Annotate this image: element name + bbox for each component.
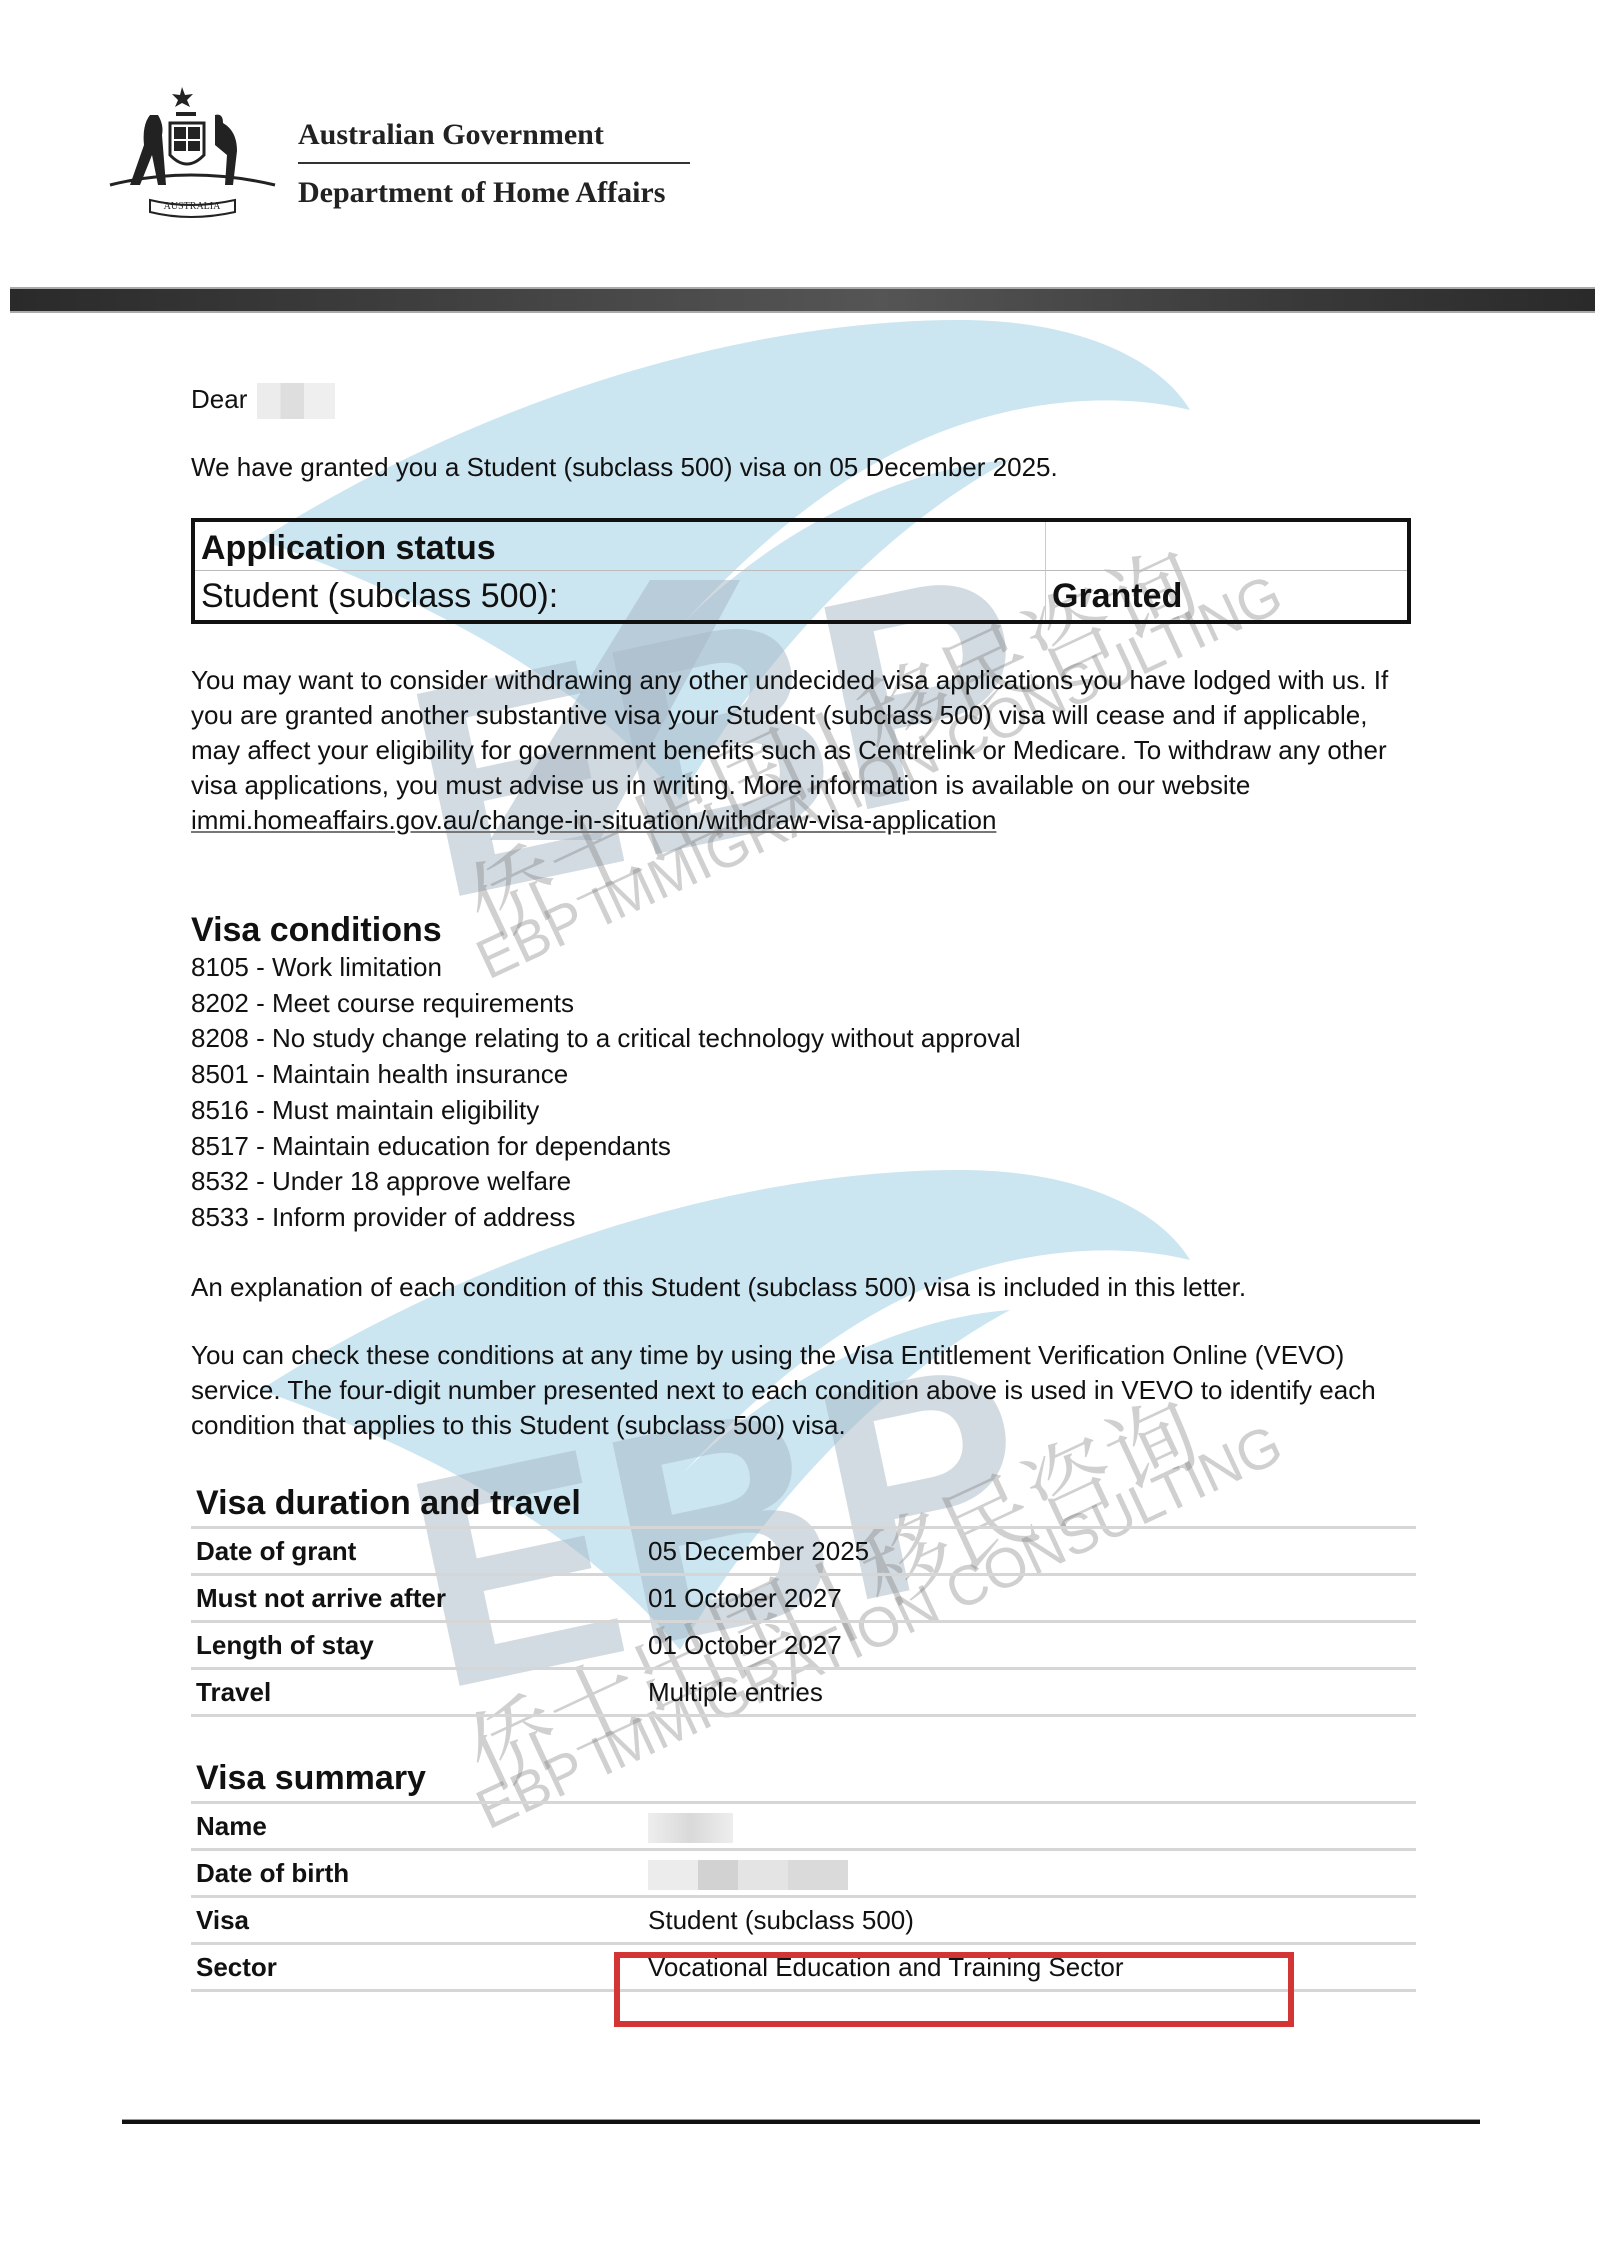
condition-item: 8501 - Maintain health insurance (191, 1057, 1021, 1093)
condition-item: 8516 - Must maintain eligibility (191, 1093, 1021, 1129)
application-status-heading: Application status (201, 526, 496, 570)
greeting-text: Dear (191, 384, 247, 414)
visa-duration-table: Date of grant05 December 2025 Must not a… (191, 1526, 1416, 1717)
table-row: Date of grant05 December 2025 (191, 1528, 1416, 1575)
redacted-recipient-name (257, 383, 335, 419)
footer-divider (122, 2119, 1480, 2124)
grant-sentence: We have granted you a Student (subclass … (191, 450, 1058, 485)
vevo-paragraph: You can check these conditions at any ti… (191, 1338, 1416, 1443)
condition-item: 8533 - Inform provider of address (191, 1200, 1021, 1236)
visa-conditions-section: Visa conditions 8105 - Work limitation 8… (191, 910, 1021, 1236)
condition-item: 8532 - Under 18 approve welfare (191, 1164, 1021, 1200)
table-row: Date of birth (191, 1850, 1416, 1897)
visa-duration-section: Visa duration and travel Date of grant05… (191, 1478, 1416, 1717)
status-column-divider (1045, 522, 1046, 620)
table-row: Name (191, 1803, 1416, 1850)
application-status-value: Granted (1052, 574, 1182, 618)
redacted-date-of-birth (648, 1860, 848, 1890)
condition-item: 8208 - No study change relating to a cri… (191, 1021, 1021, 1057)
department-title: Department of Home Affairs (298, 176, 665, 210)
government-title: Australian Government (298, 118, 604, 152)
visa-summary-table: Name Date of birth VisaStudent (subclass… (191, 1801, 1416, 1992)
coat-of-arms-icon: AUSTRALIA (100, 85, 285, 220)
withdraw-paragraph: You may want to consider withdrawing any… (191, 663, 1416, 838)
withdraw-text: You may want to consider withdrawing any… (191, 665, 1388, 800)
redacted-name (648, 1813, 733, 1843)
header-bar (10, 287, 1595, 313)
application-status-box: Application status Student (subclass 500… (191, 518, 1411, 624)
letterhead: AUSTRALIA Australian Government Departme… (100, 80, 720, 220)
visa-duration-heading: Visa duration and travel (191, 1478, 1416, 1524)
table-row: SectorVocational Education and Training … (191, 1944, 1416, 1991)
greeting: Dear (191, 382, 335, 419)
condition-item: 8517 - Maintain education for dependants (191, 1129, 1021, 1165)
visa-conditions-heading: Visa conditions (191, 910, 1021, 950)
table-row: VisaStudent (subclass 500) (191, 1897, 1416, 1944)
explanation-paragraph: An explanation of each condition of this… (191, 1270, 1246, 1305)
visa-summary-heading: Visa summary (191, 1753, 1416, 1799)
application-status-label: Student (subclass 500): (201, 574, 558, 618)
withdraw-visa-link[interactable]: immi.homeaffairs.gov.au/change-in-situat… (191, 805, 996, 835)
visa-summary-section: Visa summary Name Date of birth VisaStud… (191, 1753, 1416, 1992)
table-row: Must not arrive after01 October 2027 (191, 1575, 1416, 1622)
table-row: TravelMultiple entries (191, 1669, 1416, 1716)
sector-value: Vocational Education and Training Sector (643, 1944, 1416, 1991)
letterhead-divider (298, 162, 690, 164)
kangaroo-swoosh-icon: EBP (180, 280, 1280, 1000)
visa-conditions-list: 8105 - Work limitation 8202 - Meet cours… (191, 950, 1021, 1236)
svg-text:AUSTRALIA: AUSTRALIA (164, 201, 221, 212)
status-row-divider (195, 570, 1407, 571)
table-row: Length of stay01 October 2027 (191, 1622, 1416, 1669)
condition-item: 8105 - Work limitation (191, 950, 1021, 986)
watermark-top: EBP 侨士出国 | 移民咨询 EBP IMMIGRATION CONSULTI… (180, 280, 1280, 1000)
condition-item: 8202 - Meet course requirements (191, 986, 1021, 1022)
